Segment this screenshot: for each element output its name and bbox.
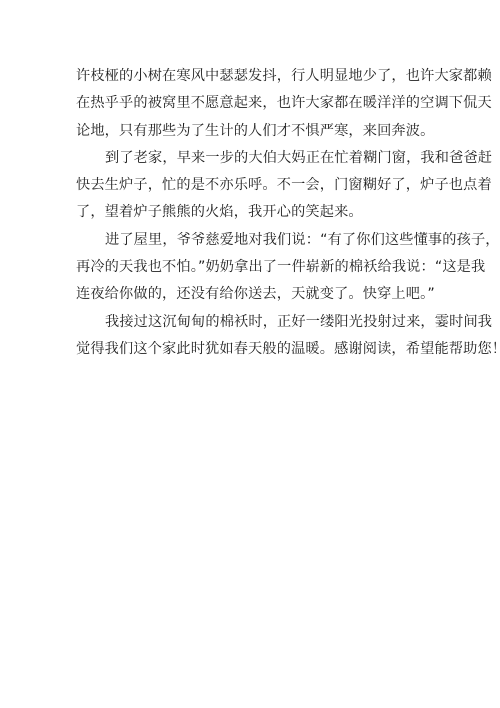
document-page: 许枝桠的小树在寒风中瑟瑟发抖，行人明显地少了，也许大家都赖 在热乎乎的被窝里不愿…: [0, 0, 500, 708]
text-line: 了，望着炉子熊熊的火焰，我开心的笑起来。: [76, 199, 428, 226]
text-line: 进了屋里，爷爷慈爱地对我们说：“有了你们这些懂事的孩子，: [76, 227, 428, 254]
text-line: 我接过这沉甸甸的棉袄时，正好一缕阳光投射过来，霎时间我: [76, 309, 428, 336]
document-body: 许枝桠的小树在寒风中瑟瑟发抖，行人明显地少了，也许大家都赖 在热乎乎的被窝里不愿…: [76, 63, 428, 363]
paragraph-4: 我接过这沉甸甸的棉袄时，正好一缕阳光投射过来，霎时间我 觉得我们这个家此时犹如春…: [76, 309, 428, 364]
text-line: 连夜给你做的，还没有给你送去，天就变了。快穿上吧。”: [76, 281, 428, 308]
paragraph-2: 到了老家，早来一步的大伯大妈正在忙着糊门窗，我和爸爸赶 快去生炉子，忙的是不亦乐…: [76, 145, 428, 227]
text-line: 觉得我们这个家此时犹如春天般的温暖。感谢阅读，希望能帮助您！: [76, 336, 428, 363]
text-line: 快去生炉子，忙的是不亦乐呼。不一会，门窗糊好了，炉子也点着: [76, 172, 428, 199]
paragraph-3: 进了屋里，爷爷慈爱地对我们说：“有了你们这些懂事的孩子， 再冷的天我也不怕。”奶…: [76, 227, 428, 309]
text-line: 许枝桠的小树在寒风中瑟瑟发抖，行人明显地少了，也许大家都赖: [76, 63, 428, 90]
text-line: 论地，只有那些为了生计的人们才不惧严寒，来回奔波。: [76, 118, 428, 145]
text-line: 到了老家，早来一步的大伯大妈正在忙着糊门窗，我和爸爸赶: [76, 145, 428, 172]
text-line: 在热乎乎的被窝里不愿意起来，也许大家都在暖洋洋的空调下侃天: [76, 90, 428, 117]
text-line: 再冷的天我也不怕。”奶奶拿出了一件崭新的棉袄给我说：“这是我: [76, 254, 428, 281]
paragraph-1: 许枝桠的小树在寒风中瑟瑟发抖，行人明显地少了，也许大家都赖 在热乎乎的被窝里不愿…: [76, 63, 428, 145]
